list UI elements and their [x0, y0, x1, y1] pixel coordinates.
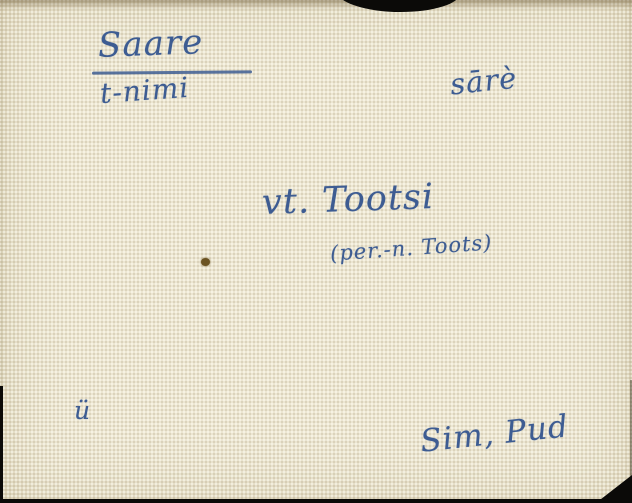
headword-category-label: t-nimi	[99, 71, 190, 110]
margin-mark: ü	[74, 396, 91, 425]
backdrop-edge-bottom	[0, 499, 632, 503]
source-abbreviations: Sim, Pud	[419, 408, 571, 459]
backdrop-edge-left	[0, 386, 3, 503]
scanned-card-photo: Saare t-nimi sārè vt. Tootsi (per.-n. To…	[0, 0, 632, 503]
index-card: Saare t-nimi sārè vt. Tootsi (per.-n. To…	[0, 0, 632, 503]
pronunciation-note: sārè	[448, 61, 518, 102]
cross-reference: vt. Tootsi	[261, 177, 434, 223]
stain-spot	[201, 258, 210, 266]
headword: Saare	[97, 22, 204, 66]
cross-reference-note: (per.-n. Toots)	[329, 230, 493, 265]
